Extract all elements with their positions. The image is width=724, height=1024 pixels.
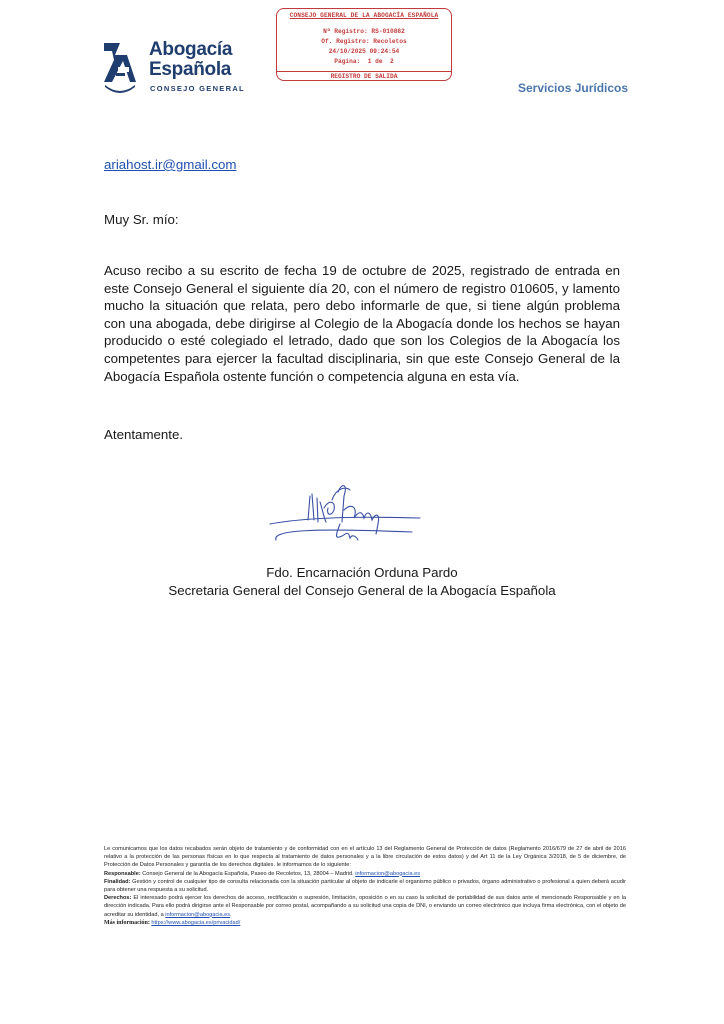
responsable-text: Consejo General de la Abogacía Española,… xyxy=(141,871,356,877)
stamp-oficina: Of. Registro: Recoletos xyxy=(277,38,451,45)
logo-subtitle: CONSEJO GENERAL xyxy=(150,84,245,93)
greeting: Muy Sr. mío: xyxy=(104,212,179,227)
derechos-email-link[interactable]: informacion@abogacia.es xyxy=(165,912,230,918)
responsable-label: Responsable: xyxy=(104,871,141,877)
finalidad-label: Finalidad: xyxy=(104,879,130,885)
signer-name: Fdo. Encarnación Orduna Pardo xyxy=(0,565,724,580)
stamp-datetime: 24/10/2025 09:24:54 xyxy=(277,48,451,55)
finalidad-text: Gestión y control de cualquier tipo de c… xyxy=(104,879,626,893)
stamp-divider xyxy=(277,71,451,72)
responsable-email-link[interactable]: informacion@abogacia.es xyxy=(355,871,420,877)
closing: Atentamente. xyxy=(104,427,183,442)
recipient-email-link[interactable]: ariahost.ir@gmail.com xyxy=(104,157,236,172)
letter-body: Acuso recibo a su escrito de fecha 19 de… xyxy=(104,262,620,385)
privacy-policy-link[interactable]: https://www.abogacia.es/privacidad/ xyxy=(151,920,240,926)
stamp-registro-number: Nº Registro: RS-010882 xyxy=(277,28,451,35)
derechos-end: . xyxy=(230,912,232,918)
stamp-footer: REGISTRO DE SALIDA xyxy=(277,73,451,80)
stamp-title: CONSEJO GENERAL DE LA ABOGACÍA ESPAÑOLA xyxy=(281,12,447,19)
registration-stamp: CONSEJO GENERAL DE LA ABOGACÍA ESPAÑOLA … xyxy=(276,8,452,81)
stamp-page: Página: 1 de 2 xyxy=(277,58,451,65)
more-info-label: Más información: xyxy=(104,920,150,926)
logo-text-line2: Española xyxy=(149,59,231,81)
data-protection-notice: Le comunicamos que los datos recabados s… xyxy=(104,845,626,927)
department-name: Servicios Jurídicos xyxy=(518,81,628,95)
logo-text-line1: Abogacía xyxy=(149,39,232,61)
derechos-label: Derechos: xyxy=(104,895,131,901)
signer-title: Secretaria General del Consejo General d… xyxy=(0,583,724,598)
abogacia-logo-icon xyxy=(103,42,137,94)
handwritten-signature xyxy=(262,478,422,550)
legal-intro: Le comunicamos que los datos recabados s… xyxy=(104,846,626,868)
